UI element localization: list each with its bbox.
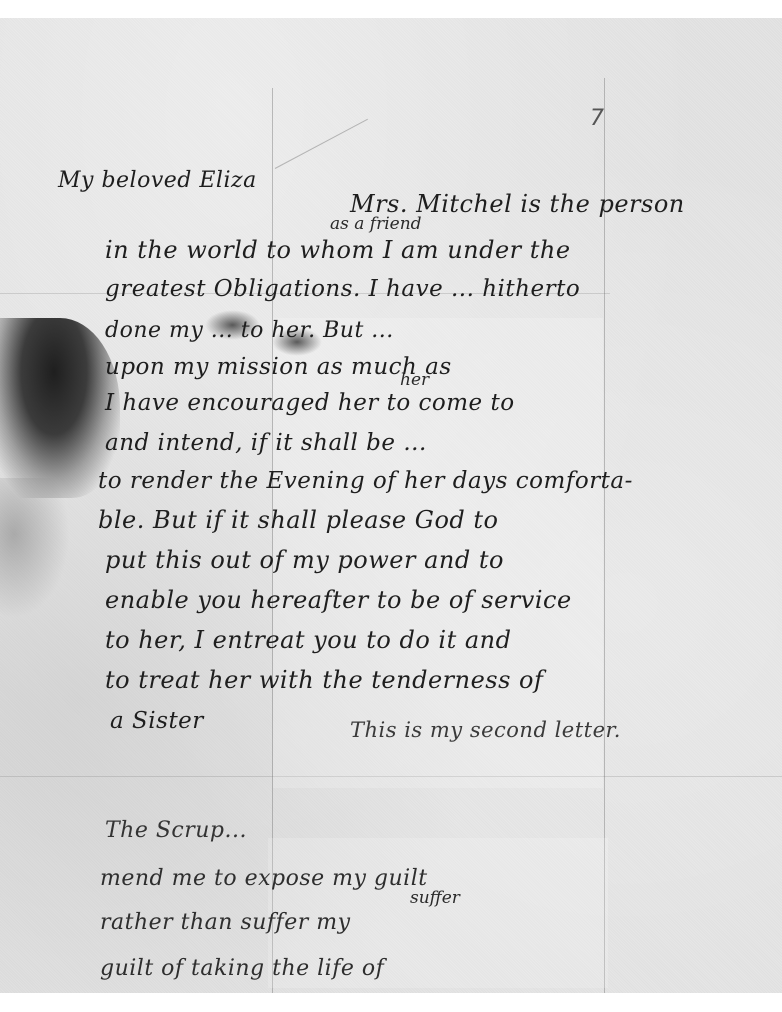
salutation: My beloved Eliza — [58, 168, 257, 193]
letter-line-10: put this out of my power and to — [105, 546, 504, 574]
letter-line-9: ble. But if it shall please God to — [98, 506, 498, 534]
insertion-her: her — [400, 370, 429, 390]
letter-line-3: greatest Obligations. I have ... hithert… — [105, 276, 580, 302]
paragraph-2-line-4: guilt of taking the life of — [100, 956, 384, 981]
letter-line-11: enable you hereafter to be of service — [105, 586, 572, 614]
insertion-suffer: suffer — [410, 888, 460, 908]
letter-line-14: a Sister — [110, 708, 204, 734]
paragraph-2-line-3: rather than suffer my — [100, 910, 351, 935]
letter-page: 7 My beloved Eliza Mrs. Mitchel is the p… — [0, 18, 782, 993]
paragraph-2-line-1: The Scrup... — [105, 818, 247, 843]
insertion-as-a-friend: as a friend — [330, 214, 422, 234]
letter-line-15: This is my second letter. — [350, 718, 621, 742]
letter-line-4: done my ... to her. But ... — [105, 318, 394, 343]
letter-line-6: I have encouraged her to come to — [105, 390, 515, 416]
paragraph-2-line-2: mend me to expose my guilt — [100, 866, 428, 891]
letter-line-7: and intend, if it shall be ... — [105, 430, 427, 456]
page-mark: 7 — [590, 106, 604, 131]
letter-line-8: to render the Evening of her days comfor… — [98, 468, 633, 494]
letter-line-12: to her, I entreat you to do it and — [105, 626, 511, 654]
diagonal-crease — [275, 119, 368, 169]
letter-line-2: in the world to whom I am under the — [105, 236, 571, 264]
faded-stain — [0, 478, 70, 618]
letter-line-13: to treat her with the tenderness of — [105, 666, 543, 694]
